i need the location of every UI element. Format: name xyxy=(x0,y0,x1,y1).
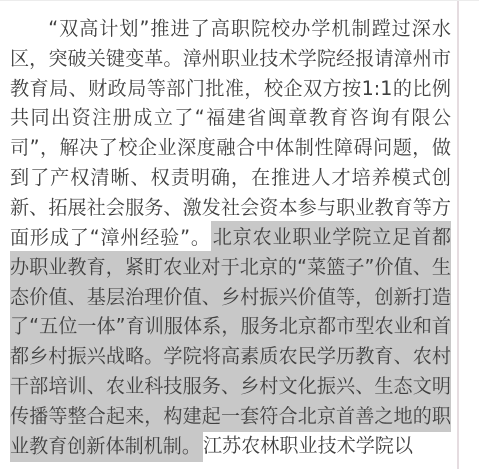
body-text-run: “双高计划”推进了高职院校办学机制蹚过深水区，突破关键变革。漳州职业技术学院经报… xyxy=(10,17,451,249)
highlighted-text-run: 北京农业职业学院立足首都办职业教育，紧盯农业对于北京的“菜篮子”价值、生态价值、… xyxy=(10,221,451,462)
body-text-run: 江苏农林职业技术学院以 xyxy=(203,434,413,457)
right-rule xyxy=(457,1,459,469)
document-page: “双高计划”推进了高职院校办学机制蹚过深水区，突破关键变革。漳州职业技术学院经报… xyxy=(0,0,479,469)
paragraph: “双高计划”推进了高职院校办学机制蹚过深水区，突破关键变革。漳州职业技术学院经报… xyxy=(0,1,479,461)
